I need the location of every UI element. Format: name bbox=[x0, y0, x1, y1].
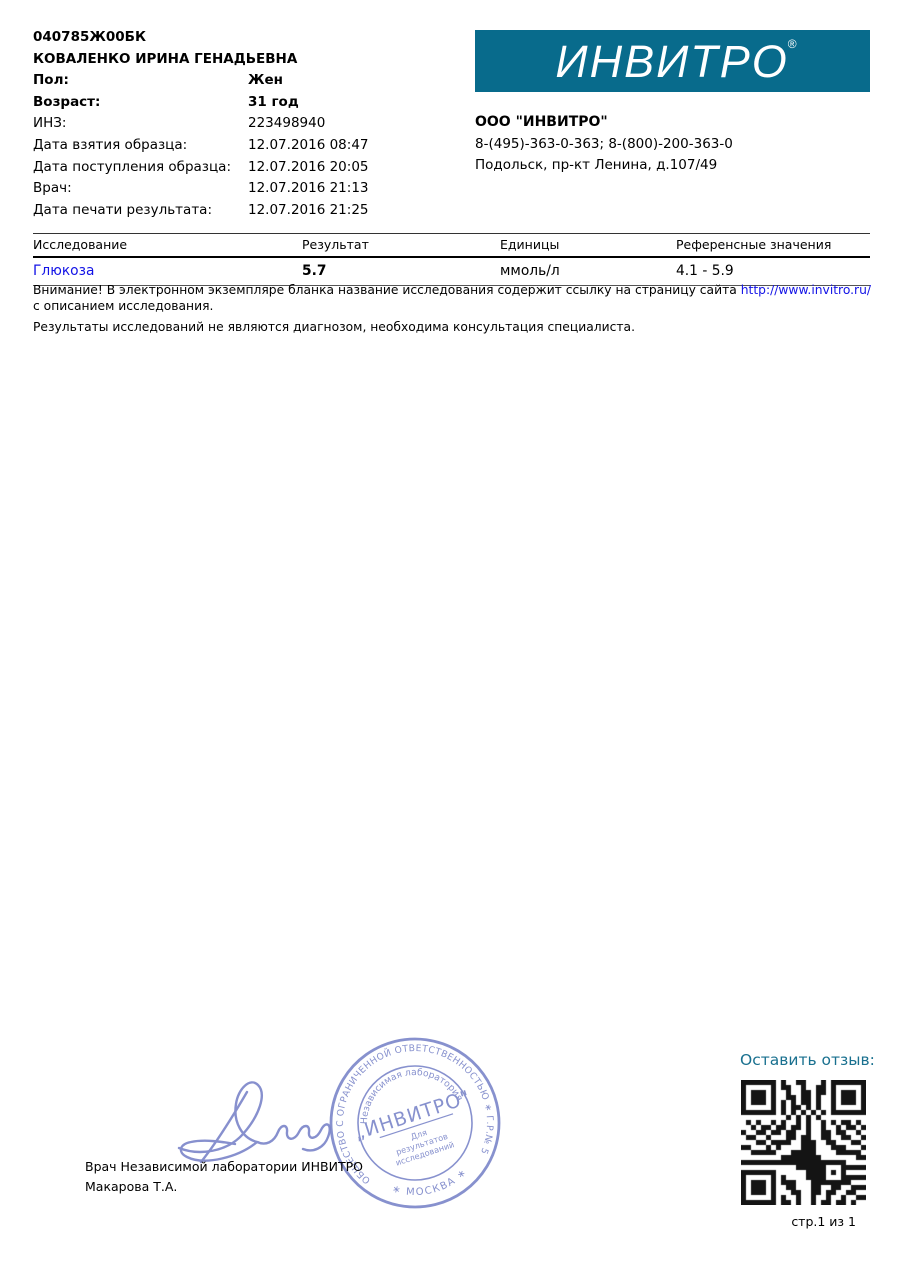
field-value: 12.07.2016 08:47 bbox=[248, 135, 369, 157]
patient-row-sex: Пол: Жен bbox=[33, 70, 473, 92]
field-value: 12.07.2016 21:25 bbox=[248, 200, 369, 222]
field-label: Дата поступления образца: bbox=[33, 157, 248, 179]
test-units: ммоль/л bbox=[500, 257, 676, 286]
col-header-result: Результат bbox=[302, 234, 500, 258]
patient-row-sample-taken: Дата взятия образца: 12.07.2016 08:47 bbox=[33, 135, 473, 157]
patient-row-printed: Дата печати результата: 12.07.2016 21:25 bbox=[33, 200, 473, 222]
results-header-row: Исследование Результат Единицы Референсн… bbox=[33, 234, 870, 258]
field-value: Жен bbox=[248, 70, 283, 92]
patient-code: 040785Ж00БК bbox=[33, 27, 473, 49]
patient-info-block: 040785Ж00БК КОВАЛЕНКО ИРИНА ГЕНАДЬЕВНА П… bbox=[33, 27, 473, 221]
warning-text: Внимание! В электронном экземпляре бланк… bbox=[33, 283, 741, 297]
results-table: Исследование Результат Единицы Референсн… bbox=[33, 233, 870, 286]
patient-row-doctor: Врач: 12.07.2016 21:13 bbox=[33, 178, 473, 200]
col-header-reference: Референсные значения bbox=[676, 234, 870, 258]
warning-notice: Внимание! В электронном экземпляре бланк… bbox=[33, 283, 881, 315]
test-result: 5.7 bbox=[302, 257, 500, 286]
org-address: Подольск, пр-кт Ленина, д.107/49 bbox=[475, 155, 870, 177]
feedback-label: Оставить отзыв: bbox=[740, 1051, 875, 1069]
patient-row-inz: ИНЗ: 223498940 bbox=[33, 113, 473, 135]
field-value: 12.07.2016 21:13 bbox=[248, 178, 369, 200]
patient-name: КОВАЛЕНКО ИРИНА ГЕНАДЬЕВНА bbox=[33, 49, 473, 71]
field-label: Возраст: bbox=[33, 92, 248, 114]
svg-text:∗ МОСКВА ∗: ∗ МОСКВА ∗ bbox=[389, 1165, 473, 1205]
lab-report-page: 040785Ж00БК КОВАЛЕНКО ИРИНА ГЕНАДЬЕВНА П… bbox=[0, 0, 900, 1273]
field-value: 12.07.2016 20:05 bbox=[248, 157, 369, 179]
warning-text-suffix: с описанием исследования. bbox=[33, 299, 213, 313]
field-label: Врач: bbox=[33, 178, 248, 200]
col-header-test: Исследование bbox=[33, 234, 302, 258]
registered-trademark-icon: ® bbox=[788, 37, 797, 51]
invitro-logo: ИНВИТРО bbox=[555, 39, 788, 84]
col-header-units: Единицы bbox=[500, 234, 676, 258]
org-phones: 8-(495)-363-0-363; 8-(800)-200-363-0 bbox=[475, 134, 870, 156]
field-label: Пол: bbox=[33, 70, 248, 92]
field-value: 223498940 bbox=[248, 113, 325, 135]
disclaimer-notice: Результаты исследований не являются диаг… bbox=[33, 320, 881, 336]
field-label: Дата взятия образца: bbox=[33, 135, 248, 157]
table-row: Глюкоза 5.7 ммоль/л 4.1 - 5.9 bbox=[33, 257, 870, 286]
page-indicator: стр.1 из 1 bbox=[741, 1214, 866, 1229]
org-name: ООО "ИНВИТРО" bbox=[475, 112, 870, 134]
feedback-qr-code bbox=[741, 1080, 866, 1205]
doctor-block: Врач Независимой лаборатории ИНВИТРО Мак… bbox=[85, 1157, 363, 1197]
patient-row-sample-received: Дата поступления образца: 12.07.2016 20:… bbox=[33, 157, 473, 179]
test-reference: 4.1 - 5.9 bbox=[676, 257, 870, 286]
field-label: ИНЗ: bbox=[33, 113, 248, 135]
field-label: Дата печати результата: bbox=[33, 200, 248, 222]
test-name-link[interactable]: Глюкоза bbox=[33, 263, 94, 279]
field-value: 31 год bbox=[248, 92, 299, 114]
invitro-logo-banner: ИНВИТРО® bbox=[475, 30, 870, 92]
org-block: ИНВИТРО® ООО "ИНВИТРО" 8-(495)-363-0-363… bbox=[475, 30, 870, 177]
doctor-title: Врач Независимой лаборатории ИНВИТРО bbox=[85, 1157, 363, 1177]
invitro-site-link[interactable]: http://www.invitro.ru/ bbox=[741, 283, 871, 297]
stamp-moscow-text: ∗ МОСКВА ∗ bbox=[389, 1165, 473, 1205]
patient-row-age: Возраст: 31 год bbox=[33, 92, 473, 114]
doctor-name: Макарова Т.А. bbox=[85, 1177, 363, 1197]
